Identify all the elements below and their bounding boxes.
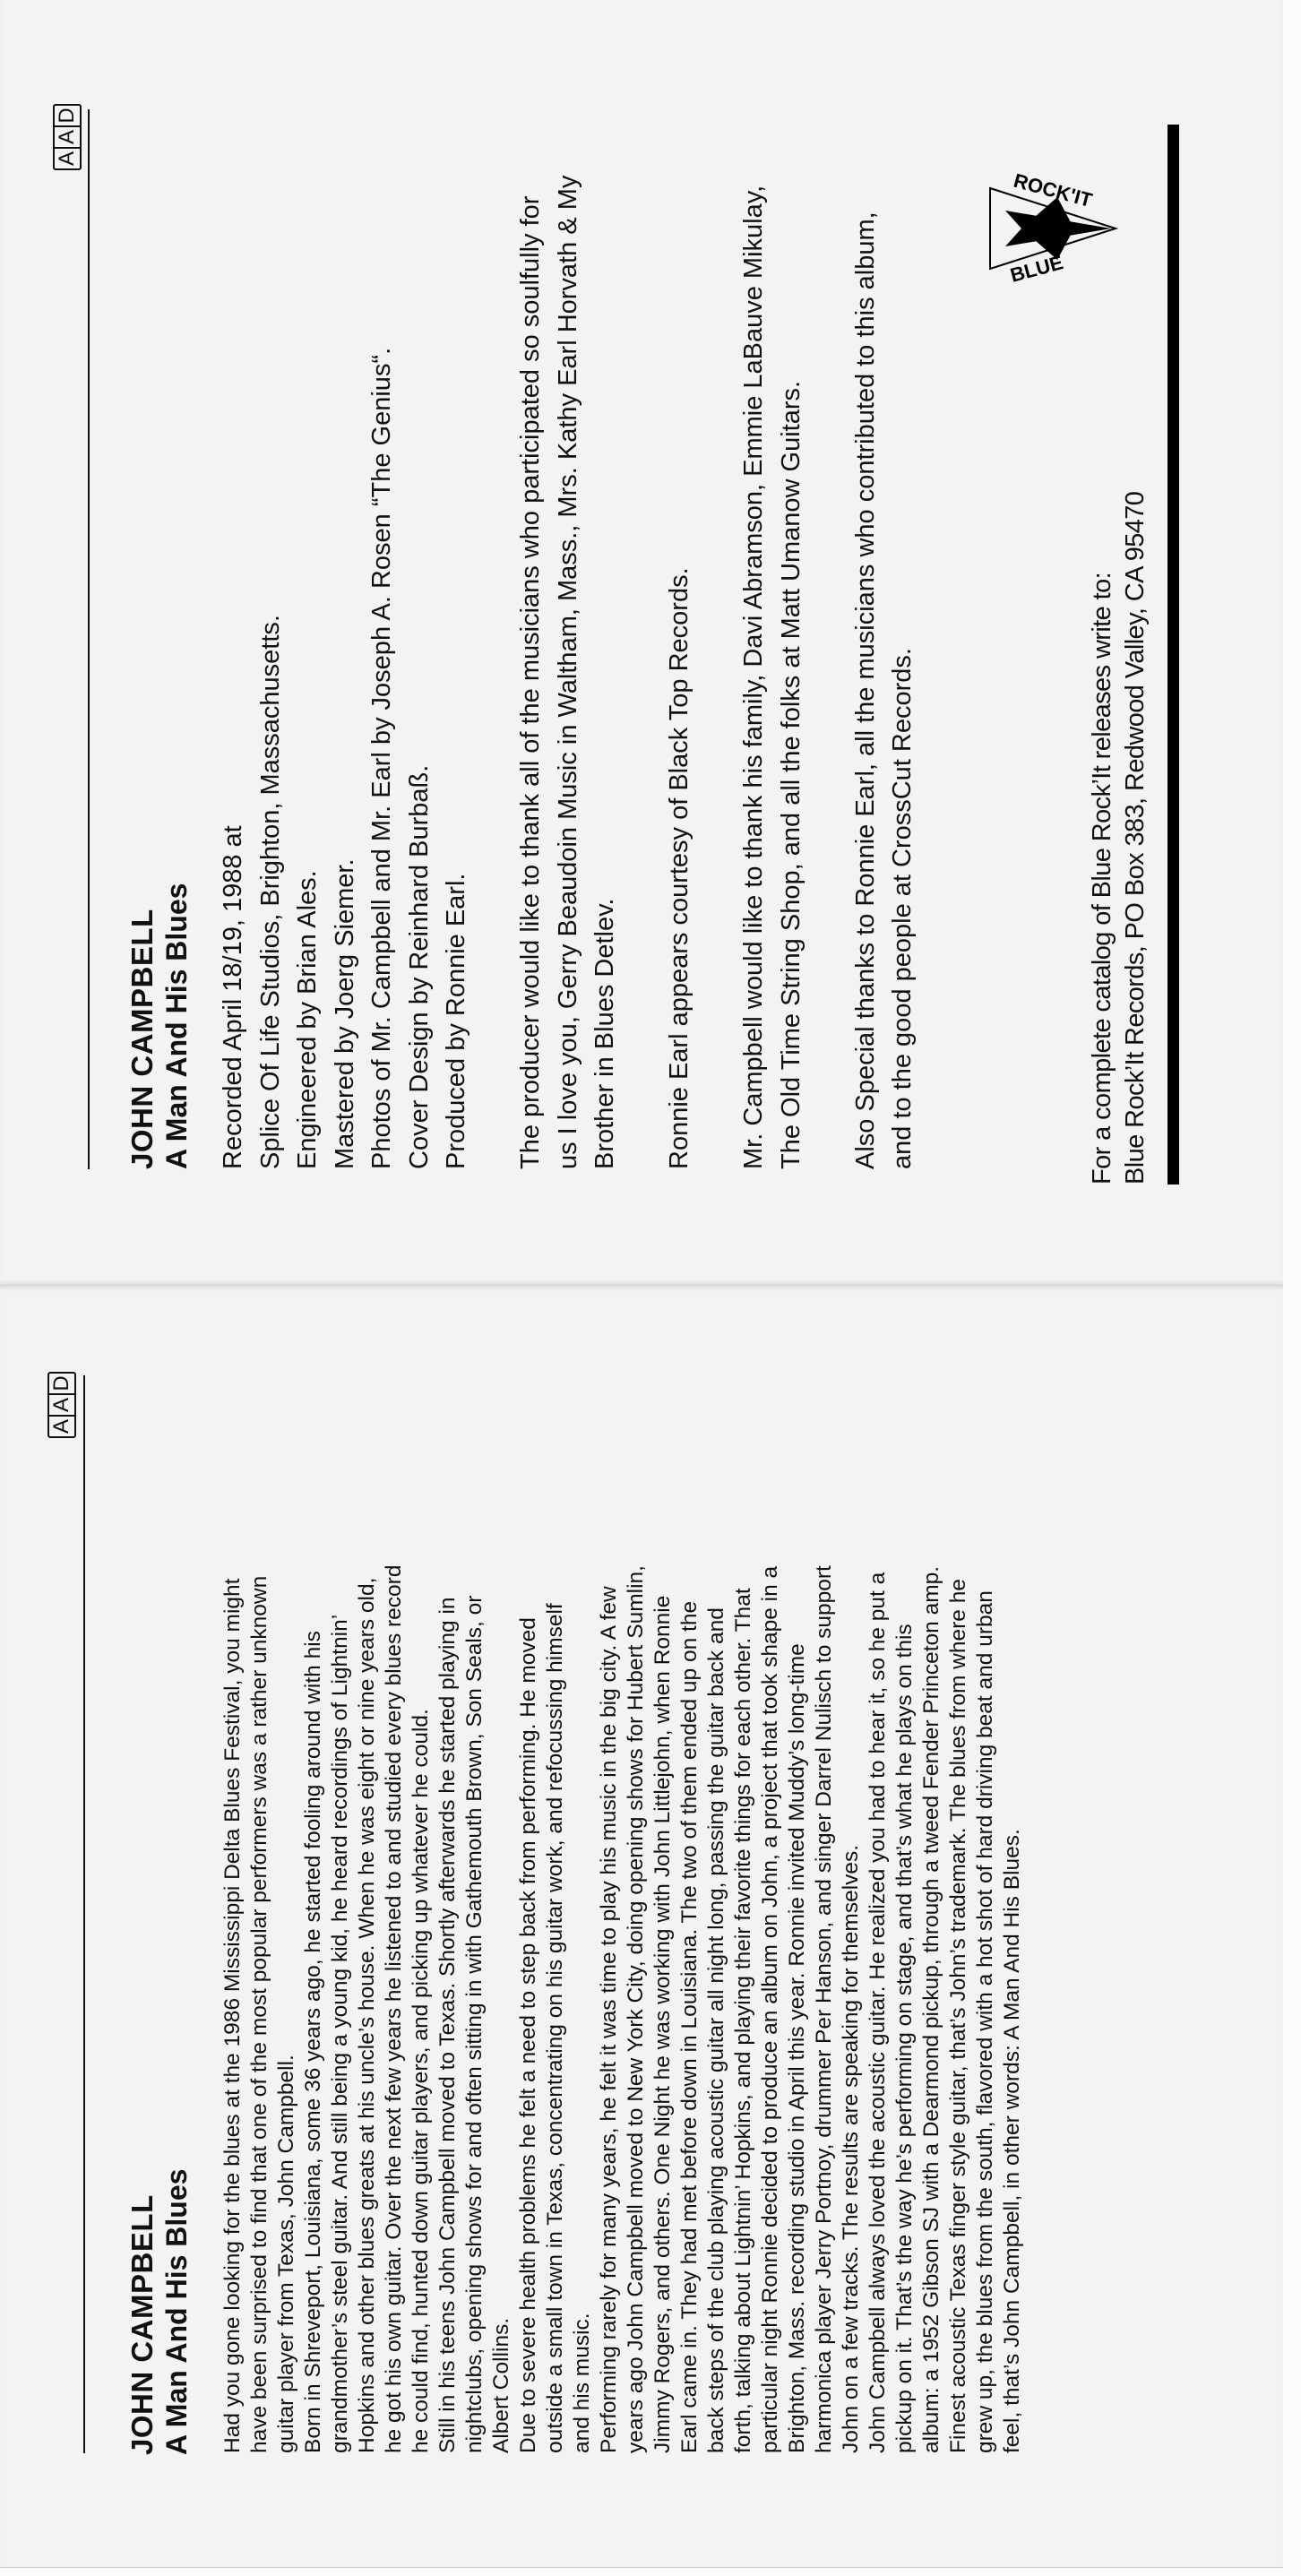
- text-line: guitar player from Texas, John Campbell.: [273, 1297, 300, 2453]
- thanks-line: us I love you, Gerry Beaudoin Music in W…: [550, 49, 588, 1169]
- text-line: Born in Shreveport, Louisiana, some 36 y…: [300, 1297, 327, 2453]
- text-line: he got his own guitar. Over the next few…: [381, 1297, 408, 2453]
- text-line: nightclubs, opening shows for and often …: [461, 1297, 488, 2453]
- liner-notes-text: Had you gone looking for the blues at th…: [220, 1297, 1026, 2453]
- credit-line: Engineered by Brian Ales.: [289, 49, 327, 1169]
- artist-title: JOHN CAMPBELL: [125, 883, 159, 1169]
- artist-title: JOHN CAMPBELL: [125, 2169, 159, 2455]
- text-line: forth, talking about Lightnin’ Hopkins, …: [730, 1297, 757, 2453]
- svg-text:BLUE: BLUE: [1008, 251, 1065, 287]
- aad-letter: A: [55, 125, 80, 147]
- footer-bar: [1167, 125, 1179, 1185]
- text-line: Due to severe health problems he felt a …: [515, 1297, 542, 2453]
- album-subtitle: A Man And His Blues: [159, 2169, 194, 2455]
- text-line: album: a 1952 Gibson SJ with a Dearmond …: [918, 1297, 945, 2453]
- thanks-line: Also Special thanks to Ronnie Earl, all …: [848, 49, 885, 1169]
- text-line: years ago John Campbell moved to New Yor…: [623, 1297, 650, 2453]
- text-line: grandmother’s steel guitar. And still be…: [327, 1297, 354, 2453]
- credit-line: Mastered by Joerg Siemer.: [327, 49, 365, 1169]
- aad-badge: A A D: [53, 104, 82, 170]
- thanks-line: The Old Time String Shop, and all the fo…: [773, 49, 811, 1169]
- paper-bottom-edge: [0, 2567, 1283, 2576]
- text-line: Had you gone looking for the blues at th…: [220, 1297, 246, 2453]
- text-line: feel, that’s John Campbell, in other wor…: [999, 1297, 1026, 2453]
- credits-panel: A A D JOHN CAMPBELL A Man And His Blues …: [0, 0, 1283, 1286]
- text-line: particular night Ronnie decided to produ…: [757, 1297, 784, 2453]
- aad-badge: A A D: [47, 1372, 76, 1438]
- credit-line: Splice Of Life Studios, Brighton, Massac…: [253, 49, 290, 1169]
- text-line: harmonica player Jerry Portnoy, drummer …: [811, 1297, 838, 2453]
- text-line: pickup on it. That’s the way he’s perfor…: [892, 1297, 918, 2453]
- text-line: outside a small town in Texas, concentra…: [542, 1297, 569, 2453]
- thanks-line: Ronnie Earl appears courtesy of Black To…: [661, 49, 699, 1169]
- credits-list: Recorded April 18/19, 1988 at Splice Of …: [215, 49, 922, 1169]
- text-line: Still in his teens John Campbell moved t…: [435, 1297, 461, 2453]
- text-line: have been surprised to find that one of …: [246, 1297, 273, 2453]
- catalog-footer: For a complete catalog of Blue Rock’It r…: [1086, 127, 1152, 1185]
- header-rule: [88, 109, 90, 1169]
- liner-notes-content: A A D JOHN CAMPBELL A Man And His Blues …: [0, 1286, 1283, 2572]
- text-line: Earl came in. They had met before down i…: [676, 1297, 703, 2453]
- text-line: back steps of the club playing acoustic …: [703, 1297, 730, 2453]
- credit-line: Recorded April 18/19, 1988 at: [215, 49, 253, 1169]
- text-line: Finest acoustic Texas finger style guita…: [945, 1297, 972, 2453]
- aad-letter: A: [49, 1415, 74, 1436]
- paper-right-edge: [1281, 0, 1301, 2576]
- credits-panel-content: A A D JOHN CAMPBELL A Man And His Blues …: [0, 0, 1283, 1286]
- credit-line: Cover Design by Reinhard Burbaß.: [401, 49, 439, 1169]
- liner-heading: JOHN CAMPBELL A Man And His Blues: [125, 2169, 194, 2455]
- album-subtitle: A Man And His Blues: [159, 883, 194, 1169]
- aad-letter: A: [55, 147, 80, 168]
- text-line: Jimmy Rogers, and others. One Night he w…: [650, 1297, 676, 2453]
- text-line: Hopkins and other blues greats at his un…: [354, 1297, 381, 2453]
- address-line: Blue Rock’It Records, PO Box 383, Redwoo…: [1119, 127, 1152, 1185]
- text-line: he could find, hunted down guitar player…: [408, 1297, 435, 2453]
- catalog-line: For a complete catalog of Blue Rock’It r…: [1086, 127, 1119, 1185]
- credit-line: Photos of Mr. Campbell and Mr. Earl by J…: [364, 49, 401, 1169]
- text-line: Brighton, Mass. recording studio in Apri…: [784, 1297, 811, 2453]
- text-line: Albert Collins.: [488, 1297, 515, 2453]
- aad-letter: A: [49, 1393, 74, 1415]
- text-line: Performing rarely for many years, he fel…: [596, 1297, 623, 2453]
- credit-line: Produced by Ronnie Earl.: [438, 49, 476, 1169]
- credits-heading: JOHN CAMPBELL A Man And His Blues: [125, 883, 194, 1169]
- thanks-line: and to the good people at CrossCut Recor…: [884, 49, 922, 1169]
- thanks-line: Brother in Blues Detlev.: [587, 49, 625, 1169]
- thanks-line: Mr. Campbell would like to thank his fam…: [736, 49, 773, 1169]
- liner-notes-panel: A A D JOHN CAMPBELL A Man And His Blues …: [0, 1286, 1283, 2572]
- text-line: grew up, the blues from the south, flavo…: [972, 1297, 999, 2453]
- aad-letter: D: [55, 106, 80, 125]
- thanks-line: The producer would like to thank all of …: [513, 49, 550, 1169]
- aad-letter: D: [49, 1374, 74, 1393]
- header-rule: [83, 1375, 85, 2453]
- text-line: John Campbell always loved the acoustic …: [865, 1297, 892, 2453]
- text-line: John on a few tracks. The results are sp…: [838, 1297, 865, 2453]
- text-line: and his music.: [569, 1297, 596, 2453]
